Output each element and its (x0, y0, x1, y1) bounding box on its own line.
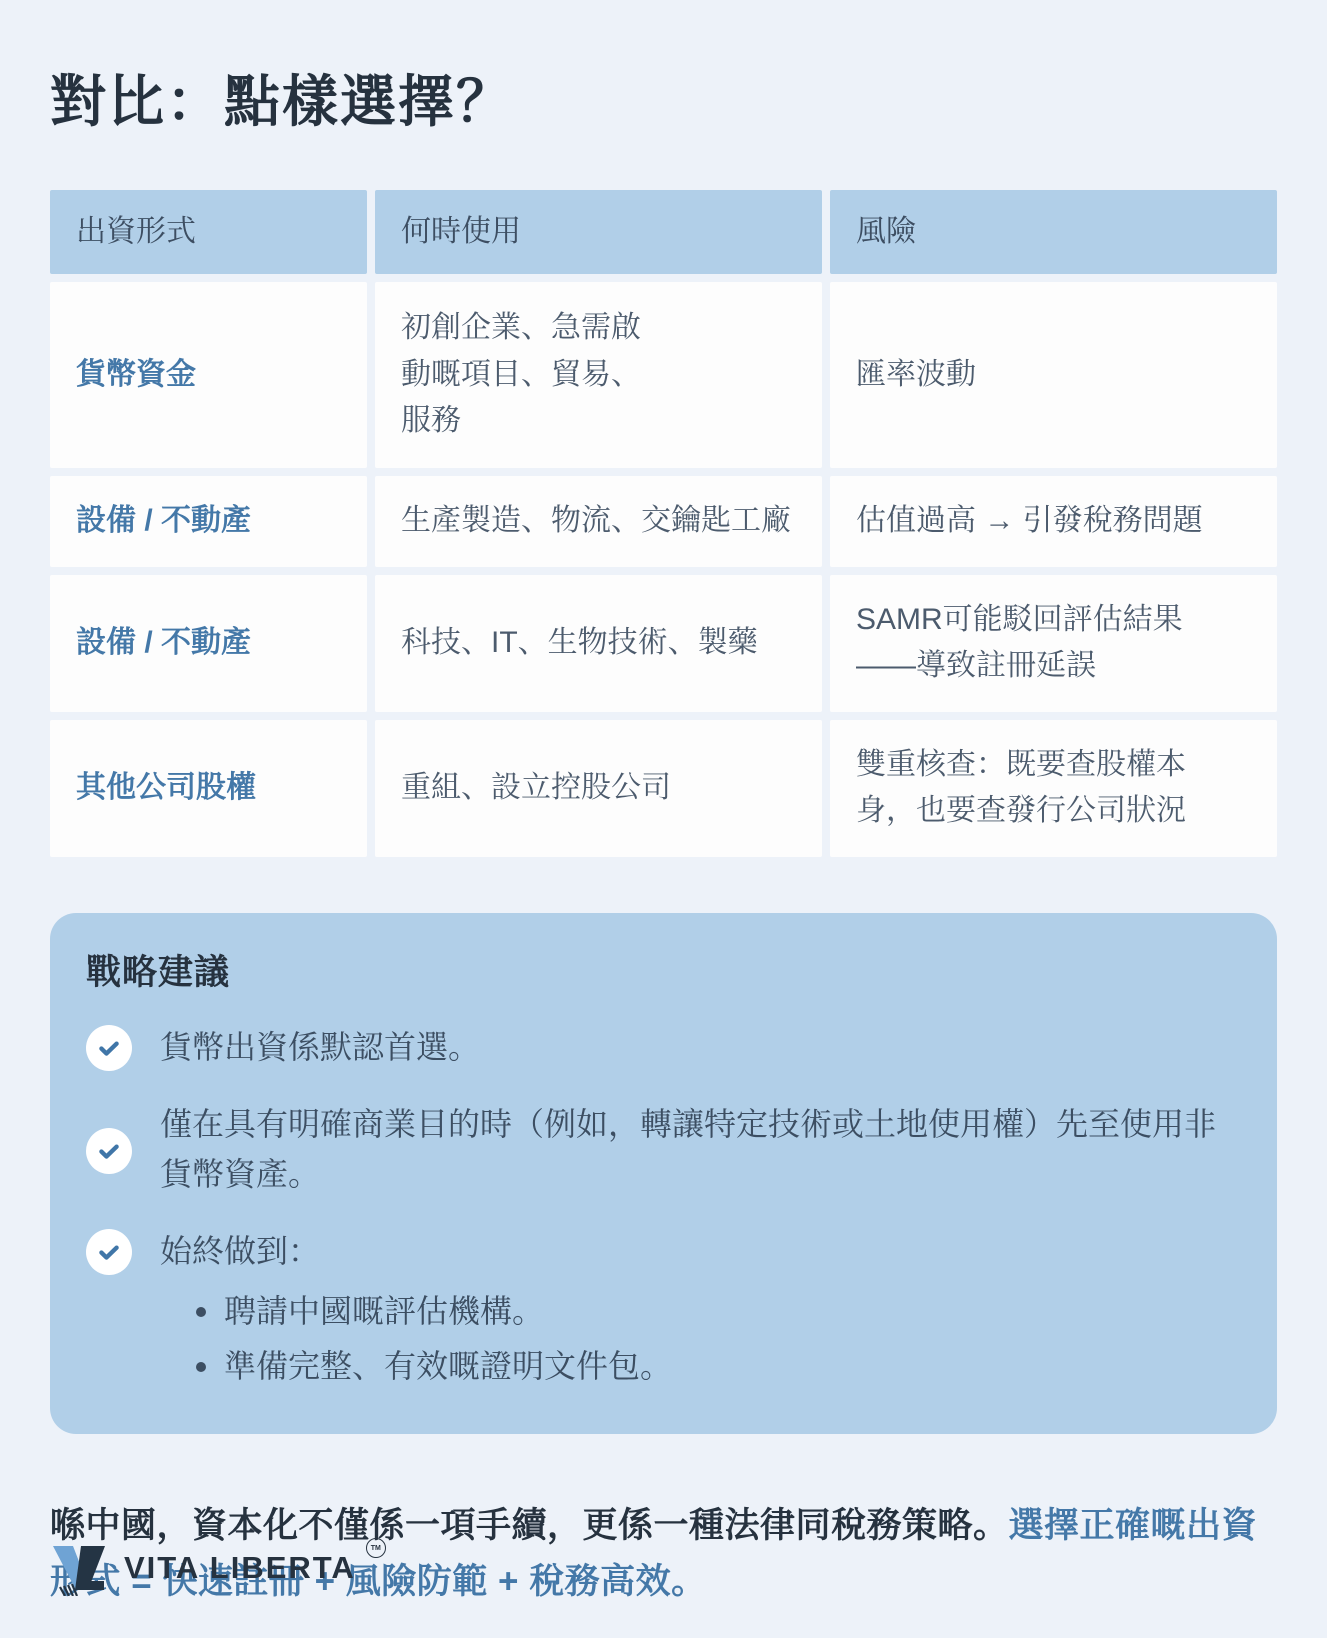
advice-item-text: 僅在具有明確商業目的時（例如，轉讓特定技術或土地使用權）先至使用非貨幣資產。 (160, 1100, 1233, 1199)
advice-item: 僅在具有明確商業目的時（例如，轉讓特定技術或土地使用權）先至使用非貨幣資產。 (86, 1100, 1233, 1199)
check-icon (86, 1128, 132, 1174)
advice-item-text: 貨幣出資係默認首選。 (160, 1023, 480, 1073)
table-row-2-risk: 估值過高 → 引發稅務問題 (830, 476, 1277, 567)
table-row-3-form: 設備 / 不動產 (50, 575, 367, 712)
table-row-4-when: 重組、設立控股公司 (375, 720, 822, 857)
table-row-4-risk: 雙重核查：既要查股權本 身，也要查發行公司狀況 (830, 720, 1277, 857)
advice-item: 貨幣出資係默認首選。 (86, 1023, 1233, 1073)
check-icon (86, 1229, 132, 1275)
advice-item: 始終做到： 聘請中國嘅評估機構。 準備完整、有效嘅證明文件包。 (86, 1227, 1233, 1392)
advice-sub-list: 聘請中國嘅評估機構。 準備完整、有效嘅證明文件包。 (160, 1287, 672, 1392)
table-row-4-form: 其他公司股權 (50, 720, 367, 857)
comparison-table: 出資形式 何時使用 風險 貨幣資金 初創企業、急需啟 動嘅項目、貿易、 服務 匯… (50, 190, 1277, 857)
table-row-2-form: 設備 / 不動產 (50, 476, 367, 567)
vita-liberta-logo-icon (50, 1540, 108, 1596)
advice-item-text: 始終做到： (160, 1227, 672, 1277)
table-row-1-risk: 匯率波動 (830, 282, 1277, 468)
page-title: 對比：點樣選擇？ (50, 58, 1277, 138)
infographic-page: 對比：點樣選擇？ 出資形式 何時使用 風險 貨幣資金 初創企業、急需啟 動嘅項目… (0, 0, 1327, 1638)
advice-sub-item: 準備完整、有效嘅證明文件包。 (194, 1342, 672, 1392)
table-header-form: 出資形式 (50, 190, 367, 274)
table-row-1-form: 貨幣資金 (50, 282, 367, 468)
check-icon (86, 1025, 132, 1071)
advice-title: 戰略建議 (86, 945, 1233, 995)
table-row-2-when: 生產製造、物流、交鑰匙工廠 (375, 476, 822, 567)
table-header-risk: 風險 (830, 190, 1277, 274)
brand-footer: VITA LIBERTA TM (50, 1540, 386, 1596)
strategy-advice-box: 戰略建議 貨幣出資係默認首選。 僅在具有明確商業目的時（例如，轉讓特定技術或土地… (50, 913, 1277, 1435)
advice-sub-item: 聘請中國嘅評估機構。 (194, 1287, 672, 1337)
table-row-1-when: 初創企業、急需啟 動嘅項目、貿易、 服務 (375, 282, 822, 468)
trademark-icon: TM (366, 1538, 386, 1558)
table-header-when: 何時使用 (375, 190, 822, 274)
brand-name: VITA LIBERTA (124, 1550, 356, 1586)
table-row-3-risk: SAMR可能駁回評估結果 ——導致註冊延誤 (830, 575, 1277, 712)
table-row-3-when: 科技、IT、生物技術、製藥 (375, 575, 822, 712)
